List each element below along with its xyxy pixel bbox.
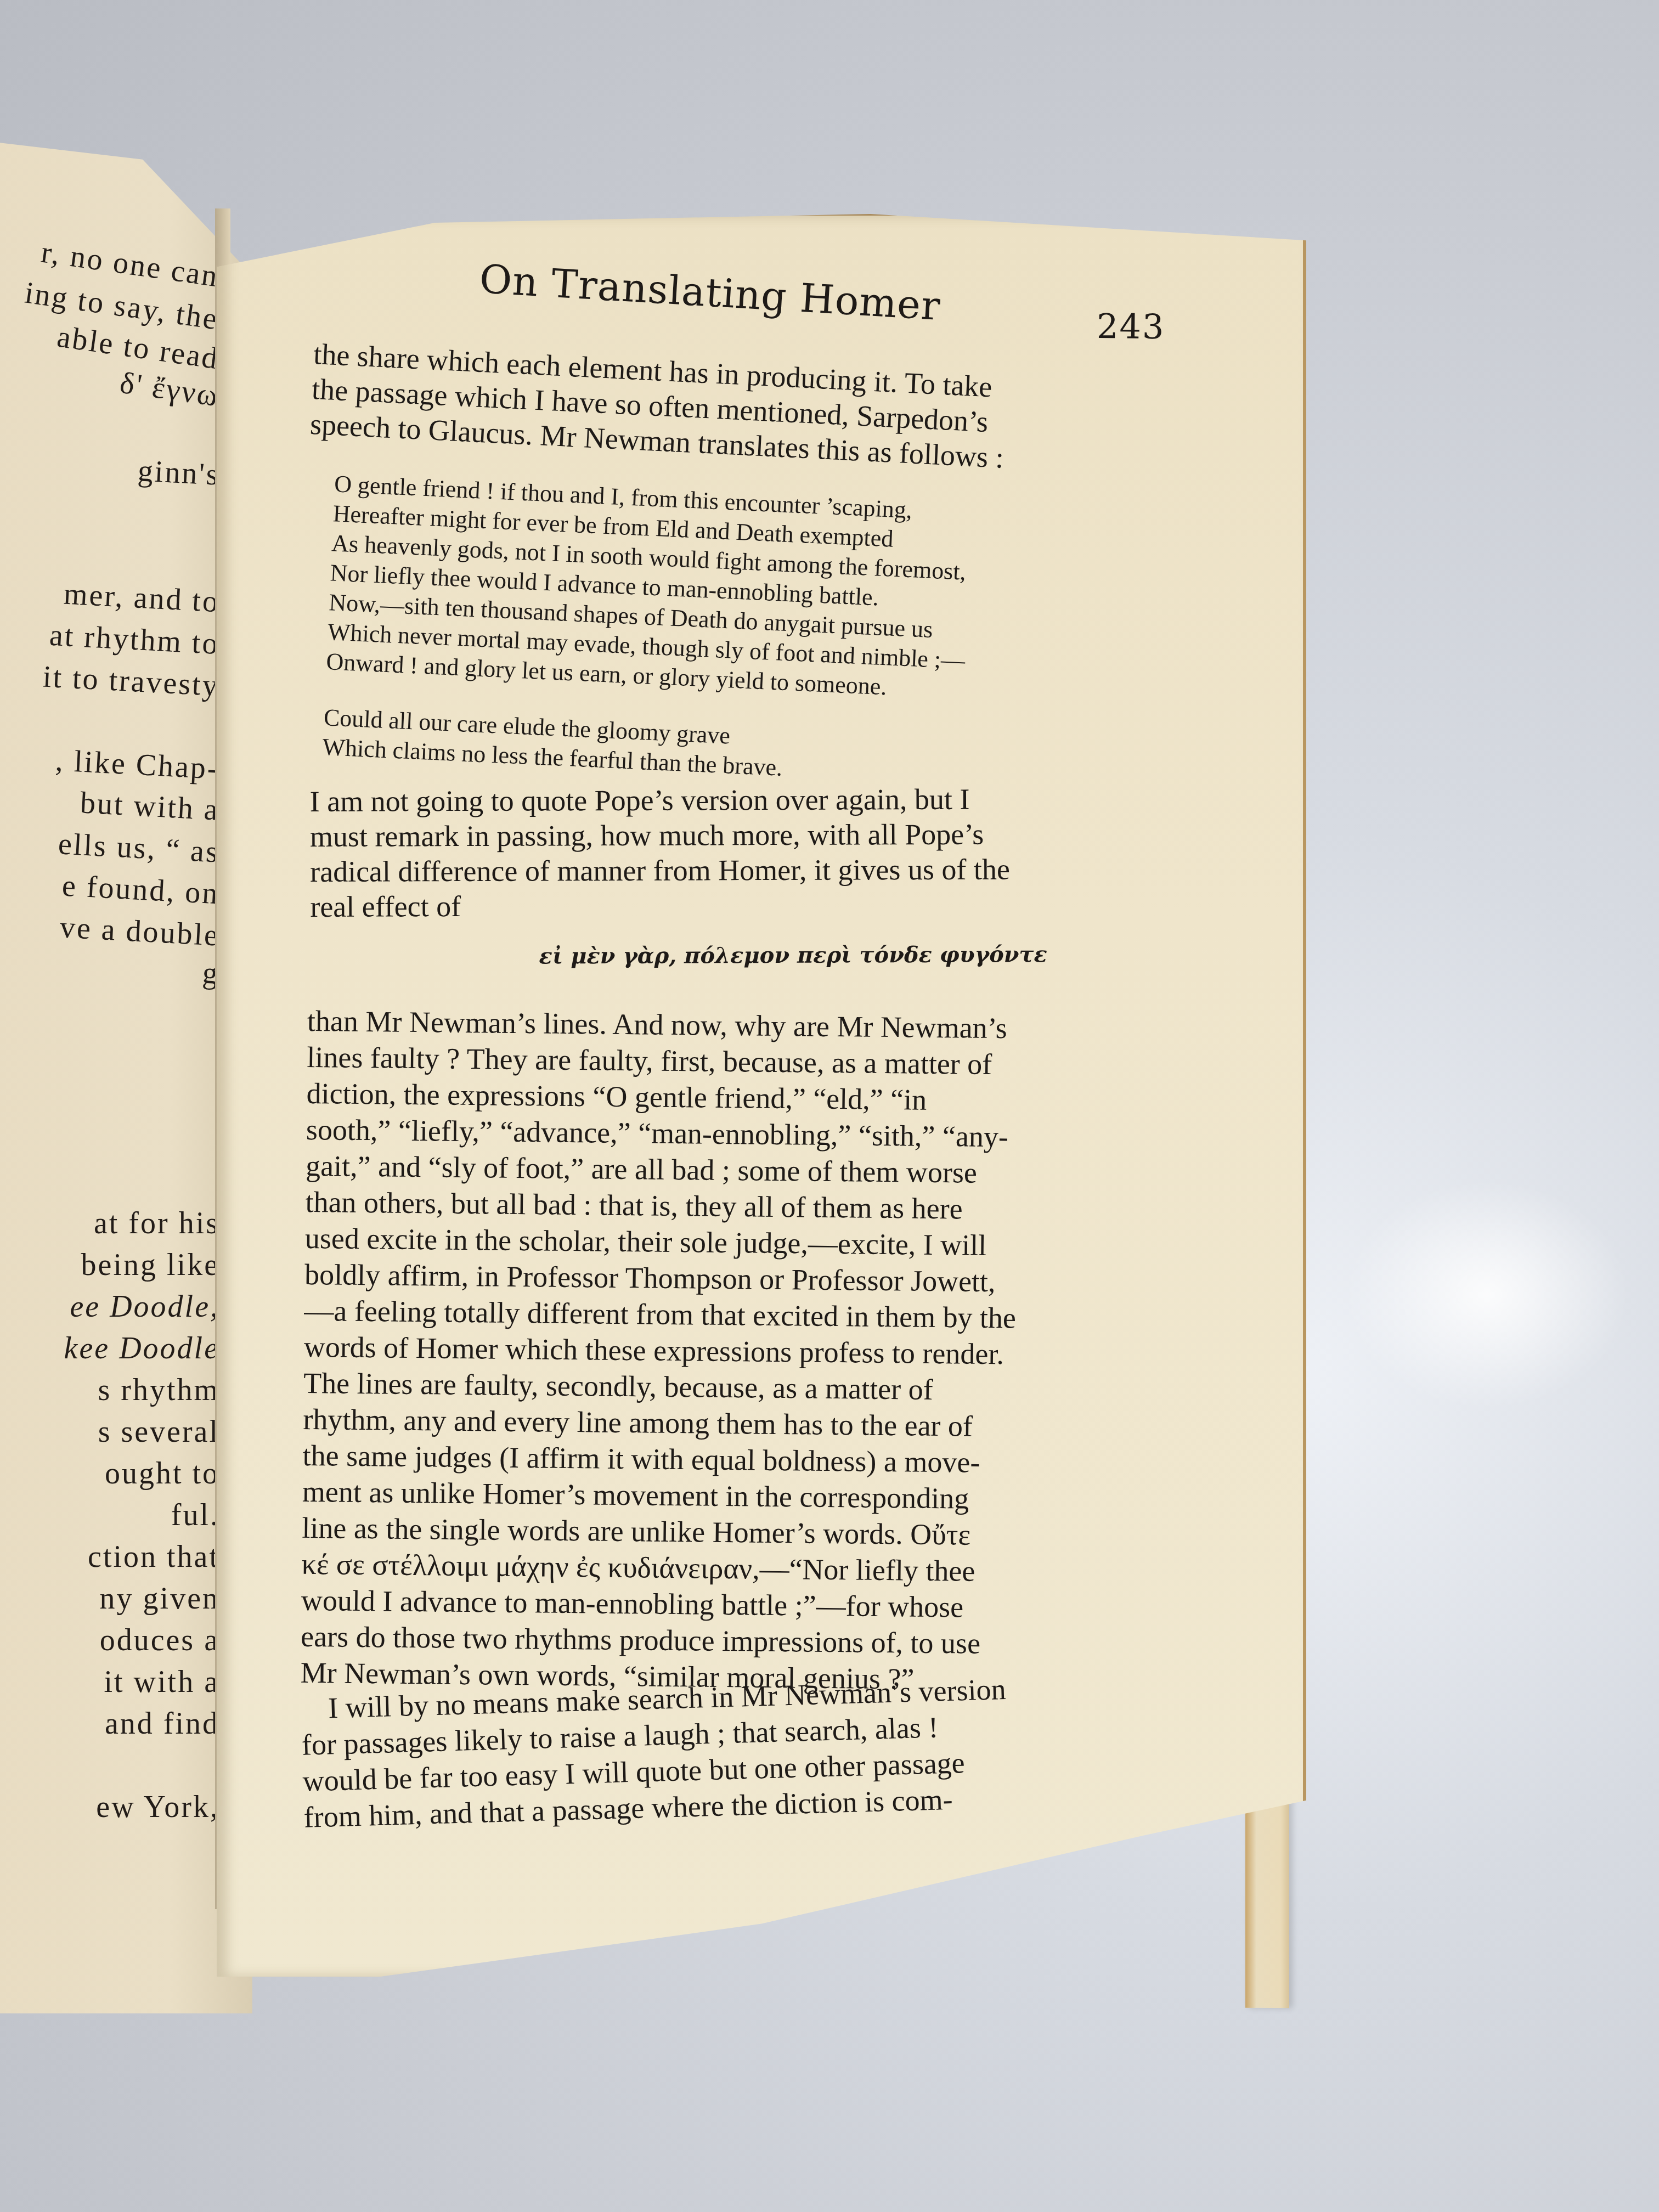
- text-line: real effect of: [310, 887, 1155, 924]
- page-number: 243: [1097, 306, 1165, 347]
- paragraph-search: I will by no means make search in Mr New…: [300, 1667, 1149, 1836]
- left-page-text-fragment: being like: [81, 1248, 219, 1283]
- left-page-text-fragment: ny given: [100, 1581, 219, 1616]
- left-page-text-fragment: ve a double: [59, 910, 220, 953]
- left-page-text-fragment: ginn's: [137, 453, 221, 493]
- verse-quotation: O gentle friend ! if thou and I, from th…: [321, 469, 1157, 799]
- left-page-text-fragment: s several: [98, 1414, 219, 1449]
- left-page-text-fragment: and find: [105, 1706, 219, 1741]
- left-page-text-fragment: ee Doodle,: [70, 1289, 219, 1324]
- greek-quotation: εἰ μὲν γὰρ, πόλεμον περὶ τόνδε φυγόντε: [431, 941, 1155, 970]
- light-glare: [1344, 1180, 1629, 1410]
- paragraph-faults: than Mr Newman’s lines. And now, why are…: [300, 1003, 1152, 1700]
- left-page-text-fragment: e found, on: [61, 868, 220, 912]
- page-text-block: On Translating Homer 243 the share which…: [298, 238, 1160, 1844]
- right-page: On Translating Homer 243 the share which…: [217, 214, 1306, 1977]
- left-page-text-fragment: it to travesty: [42, 659, 221, 704]
- left-page-text-fragment: s rhythm: [98, 1373, 219, 1408]
- left-page-text-fragment: ought to: [105, 1456, 219, 1491]
- left-page-text-fragment: , like Chap-: [55, 743, 221, 787]
- left-page: r, no one caning to say, theable to read…: [0, 82, 252, 2013]
- left-page-text-fragment: mer, and to: [63, 577, 220, 620]
- left-page-text-fragment: at rhythm to: [49, 618, 221, 662]
- text-line: I am not going to quote Pope’s version o…: [310, 781, 1155, 819]
- left-page-text-fragment: kee Doodle: [64, 1331, 219, 1366]
- running-head-title: On Translating Homer: [478, 256, 942, 329]
- left-page-text-fragment: ew York,: [96, 1790, 219, 1825]
- left-page-text-fragment: ction that: [88, 1539, 219, 1575]
- text-line: radical difference of manner from Homer,…: [310, 851, 1155, 889]
- text-line: must remark in passing, how much more, w…: [310, 816, 1155, 854]
- left-page-text-fragment: ells us, “ as: [57, 826, 220, 870]
- paragraph-pope: I am not going to quote Pope’s version o…: [310, 781, 1155, 970]
- running-head: On Translating Homer 243: [314, 238, 1160, 329]
- left-page-text-fragment: oduces a: [100, 1623, 219, 1658]
- intro-paragraph: the share which each element has in prod…: [309, 336, 1159, 483]
- left-page-text-fragment: it with a: [104, 1664, 219, 1700]
- left-page-text-fragment: ful.: [171, 1498, 219, 1533]
- left-page-text-fragment: but with a: [80, 785, 221, 827]
- left-page-text-fragment: at for his: [94, 1206, 219, 1241]
